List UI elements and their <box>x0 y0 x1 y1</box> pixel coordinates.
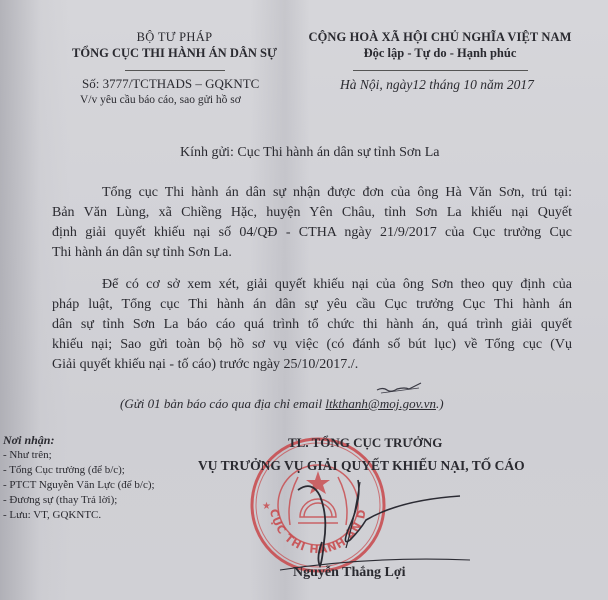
reference-number: Số: 3777/TCTHADS – GQKNTC <box>82 76 259 92</box>
issuer-header: BỘ TƯ PHÁP TỔNG CỤC THI HÀNH ÁN DÂN SỰ <box>72 30 277 71</box>
header-divider <box>125 70 225 71</box>
paragraph-line: Bản Văn Lùng, xã Chiềng Hặc, huyện Yên C… <box>52 203 572 223</box>
email-note-prefix: (Gửi 01 bản báo cáo qua địa chỉ email <box>120 396 325 411</box>
paragraph-2: Để có cơ sở xem xét, giải quyết khiếu nạ… <box>52 275 572 375</box>
recipient-item: - PTCT Nguyễn Văn Lực (để b/c); <box>3 478 155 493</box>
paragraph-line: Để có cơ sở xem xét, giải quyết khiếu nạ… <box>52 275 572 295</box>
paragraph-line: dân sự tỉnh Sơn La báo cáo quá trình tổ … <box>52 315 572 335</box>
recipient-item: - Đương sự (thay Trả lời); <box>3 493 155 508</box>
paragraph-line: Giải quyết khiếu nại - tố cáo) trước ngà… <box>52 355 572 375</box>
recipients-list: Nơi nhận: - Như trên; - Tổng Cục trưởng … <box>3 433 155 523</box>
end-mark-scribble <box>375 381 425 395</box>
email-note-suffix: .) <box>436 396 444 411</box>
national-motto: Độc lập - Tự do - Hạnh phúc <box>290 46 590 61</box>
place-date: Hà Nội, ngày12 tháng 10 năm 2017 <box>340 77 534 93</box>
paragraph-1: Tổng cục Thi hành án dân sự nhận được đơ… <box>52 183 572 263</box>
email-note: (Gửi 01 bản báo cáo qua địa chỉ email lt… <box>120 396 444 412</box>
recipient-item: - Như trên; <box>3 448 155 463</box>
recipients-title: Nơi nhận: <box>3 433 155 448</box>
recipient-item: - Lưu: VT, GQKNTC. <box>3 508 155 523</box>
ministry-name: BỘ TƯ PHÁP <box>72 30 277 45</box>
document-subject: V/v yêu cầu báo cáo, sao gửi hồ sơ <box>80 94 241 106</box>
paragraph-line: Thi hành án dân sự tỉnh Sơn La. <box>52 243 572 263</box>
greeting: Kính gửi: Cục Thi hành án dân sự tỉnh Sơ… <box>180 145 440 161</box>
paragraph-line: định giải quyết khiếu nại số 04/QĐ - CTH… <box>52 223 572 243</box>
national-header: CỘNG HOÀ XÃ HỘI CHỦ NGHĨA VIỆT NAM Độc l… <box>290 30 590 71</box>
department-name: TỔNG CỤC THI HÀNH ÁN DÂN SỰ <box>72 46 277 61</box>
country-name: CỘNG HOÀ XÃ HỘI CHỦ NGHĨA VIỆT NAM <box>290 30 590 45</box>
motto-divider <box>353 70 528 71</box>
paragraph-line: pháp luật, Tổng cục Thi hành án dân sự y… <box>52 295 572 315</box>
email-link[interactable]: ltkthanh@moj.gov.vn <box>325 396 436 411</box>
paragraph-line: Tổng cục Thi hành án dân sự nhận được đơ… <box>52 183 572 203</box>
paragraph-line: khiếu nại; Sao gửi toàn bộ hồ sơ vụ việc… <box>52 335 572 355</box>
recipient-item: - Tổng Cục trưởng (để b/c); <box>3 463 155 478</box>
handwritten-signature-icon <box>250 470 480 580</box>
signer-name: Nguyễn Thắng Lợi <box>293 565 406 581</box>
signatory-authority: TL. TỔNG CỤC TRƯỞNG <box>288 435 442 451</box>
